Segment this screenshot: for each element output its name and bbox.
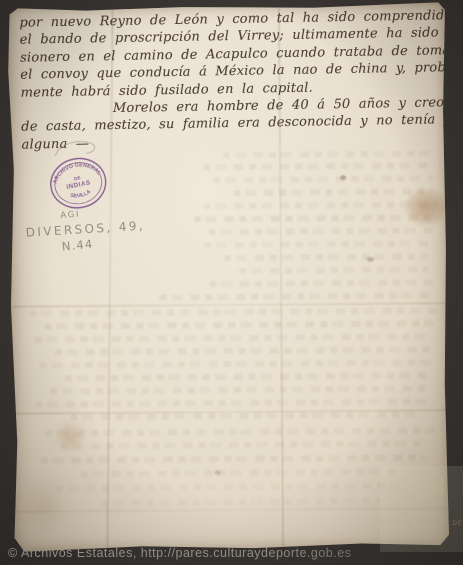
bleedthrough-line: [213, 175, 433, 183]
bleedthrough-line: [40, 454, 425, 463]
bleedthrough-line: [224, 253, 429, 261]
bleedthrough-line: [45, 427, 435, 436]
manuscript-page: por nuevo Reyno de León y como tal ha si…: [7, 2, 449, 551]
stamp-text-indias: INDIAS: [66, 179, 91, 191]
bleedthrough-line: [194, 214, 434, 222]
bleedthrough-line: [29, 307, 439, 316]
bleedthrough-line: [209, 279, 434, 287]
stamp-text-bottom: SEVILLA: [69, 188, 93, 201]
bleedthrough-line: [60, 440, 420, 449]
bleedthrough-line: [50, 385, 430, 394]
fold-crease-horizontal-bottom: [11, 507, 449, 512]
bleedthrough-line: [56, 483, 406, 492]
copyright-watermark: © Archivos Estatales, http://pares.cultu…: [8, 546, 463, 560]
bleedthrough-line: [40, 359, 435, 368]
bleedthrough-line: [81, 469, 401, 478]
bleedthrough-line: [233, 188, 433, 196]
shelfmark-agi: AGI: [60, 210, 80, 221]
bleedthrough-line: [203, 201, 438, 209]
bleedthrough-line: [204, 240, 434, 248]
bleedthrough-line: [65, 372, 430, 381]
bleedthrough-line: [55, 346, 430, 355]
archival-photo-viewport: { "photo": { "background_color": "#3a363…: [0, 0, 463, 565]
bleedthrough-line: [101, 498, 381, 506]
bleedthrough-layer: [7, 2, 445, 5]
bleedthrough-line: [223, 150, 438, 158]
svg-text:SEVILLA: SEVILLA: [69, 188, 93, 201]
bleedthrough-line: [35, 398, 435, 407]
archive-stamp: ARCHIVO GENERAL DE INDIAS SEVILLA: [43, 151, 113, 216]
bleedthrough-line: [203, 162, 433, 170]
bleedthrough-line: [159, 292, 434, 300]
handwritten-text-block: por nuevo Reyno de León y como tal ha si…: [19, 7, 445, 154]
bleedthrough-line: [34, 333, 434, 342]
shelfmark-number: N.44: [61, 237, 94, 254]
bleedthrough-line: [239, 266, 429, 273]
bleedthrough-line: [70, 411, 420, 420]
bleedthrough-line: [44, 320, 434, 329]
corner-discoloration: [19, 473, 68, 537]
bleedthrough-line: [209, 227, 434, 235]
